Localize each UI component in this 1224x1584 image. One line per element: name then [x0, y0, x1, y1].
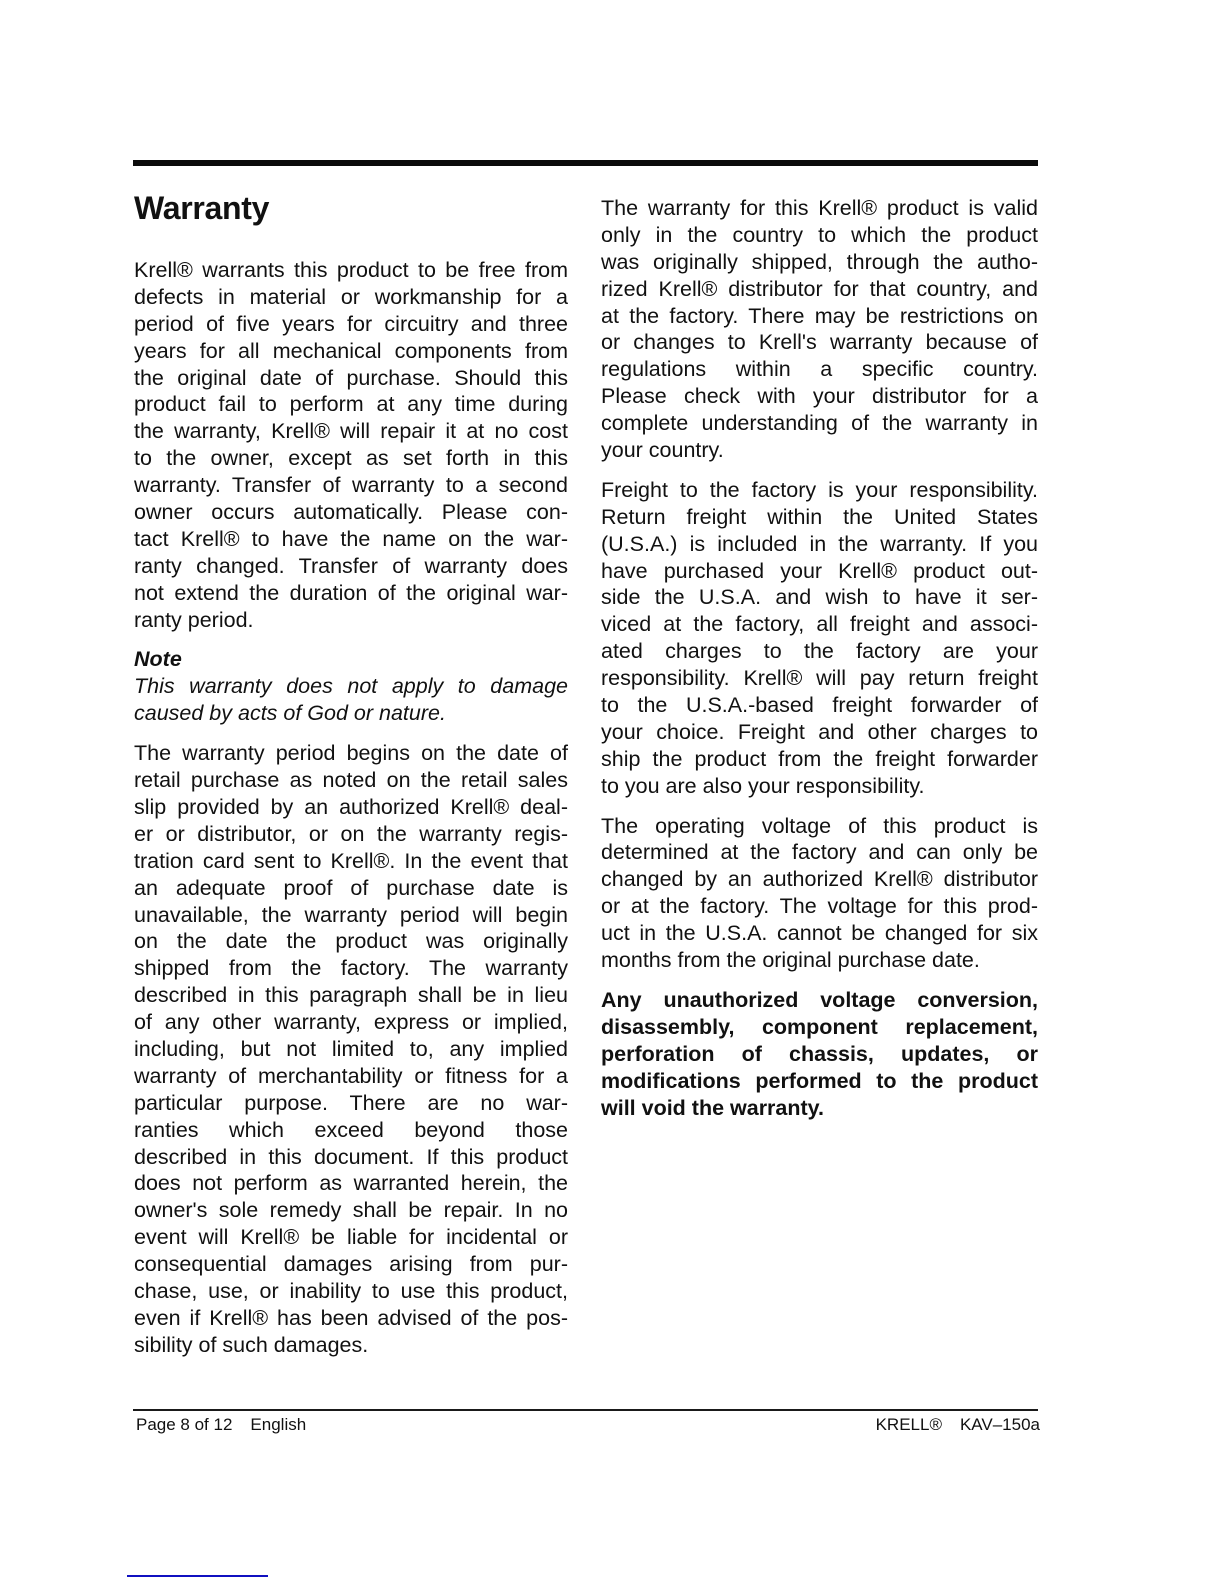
language-label: English: [250, 1415, 306, 1434]
text-line: unavailable, the warranty period will be…: [134, 902, 568, 929]
text-line: This warranty does not apply to damage: [134, 673, 568, 700]
text-line: modifications performed to the product: [601, 1068, 1038, 1095]
text-line: have purchased your Krell® product out-: [601, 558, 1038, 585]
text-line: tration card sent to Krell®. In the even…: [134, 848, 568, 875]
text-line: viced at the factory, all freight and as…: [601, 611, 1038, 638]
text-line: warranty. Transfer of warranty to a seco…: [134, 472, 568, 499]
text-line: consequential damages arising from pur-: [134, 1251, 568, 1278]
note-heading: Note: [134, 646, 568, 673]
operating-voltage-paragraph: The operating voltage of this product is…: [601, 813, 1038, 974]
page-title: Warranty: [134, 190, 269, 227]
text-line: the original date of purchase. Should th…: [134, 365, 568, 392]
freight-paragraph: Freight to the factory is your responsib…: [601, 477, 1038, 800]
text-line: Return freight within the United States: [601, 504, 1038, 531]
text-line: uct in the U.S.A. cannot be changed for …: [601, 920, 1038, 947]
text-line: disassembly, component replacement,: [601, 1014, 1038, 1041]
left-column: Krell® warrants this product to be free …: [134, 257, 568, 1372]
text-line: described in this paragraph shall be in …: [134, 982, 568, 1009]
text-line: defects in material or workmanship for a: [134, 284, 568, 311]
text-line: ranty changed. Transfer of warranty does: [134, 553, 568, 580]
void-warranty-notice: Any unauthorized voltage conversion,disa…: [601, 987, 1038, 1121]
text-line: was originally shipped, through the auth…: [601, 249, 1038, 276]
text-line: at the factory. There may be restriction…: [601, 303, 1038, 330]
text-line: event will Krell® be liable for incident…: [134, 1224, 568, 1251]
text-line: product fail to perform at any time duri…: [134, 391, 568, 418]
text-line: determined at the factory and can only b…: [601, 839, 1038, 866]
brand-name: KRELL®: [876, 1415, 942, 1434]
text-line: Please check with your distributor for a: [601, 383, 1038, 410]
text-line: period of five years for circuitry and t…: [134, 311, 568, 338]
page-number: Page 8 of 12: [136, 1415, 232, 1434]
footer-rule: [133, 1409, 1038, 1411]
country-validity-paragraph: The warranty for this Krell® product is …: [601, 195, 1038, 464]
text-line: caused by acts of God or nature.: [134, 700, 568, 727]
text-line: will void the warranty.: [601, 1095, 1038, 1122]
scan-artifact-line: [127, 1575, 268, 1577]
text-line: The warranty period begins on the date o…: [134, 740, 568, 767]
text-line: years for all mechanical components from: [134, 338, 568, 365]
text-line: ranty period.: [134, 607, 568, 634]
footer-left: Page 8 of 12English: [136, 1415, 306, 1435]
text-line: on the date the product was originally: [134, 928, 568, 955]
text-line: er or distributor, or on the warranty re…: [134, 821, 568, 848]
top-rule: [133, 160, 1038, 166]
note-body: This warranty does not apply to damageca…: [134, 673, 568, 727]
text-line: does not perform as warranted herein, th…: [134, 1170, 568, 1197]
text-line: months from the original purchase date.: [601, 947, 1038, 974]
text-line: tact Krell® to have the name on the war-: [134, 526, 568, 553]
text-line: of any other warranty, express or implie…: [134, 1009, 568, 1036]
text-line: ship the product from the freight forwar…: [601, 746, 1038, 773]
text-line: owner occurs automatically. Please con-: [134, 499, 568, 526]
text-line: described in this document. If this prod…: [134, 1144, 568, 1171]
text-line: Freight to the factory is your responsib…: [601, 477, 1038, 504]
text-line: complete understanding of the warranty i…: [601, 410, 1038, 437]
text-line: to the U.S.A.-based freight forwarder of: [601, 692, 1038, 719]
text-line: your country.: [601, 437, 1038, 464]
text-line: not extend the duration of the original …: [134, 580, 568, 607]
text-line: particular purpose. There are no war-: [134, 1090, 568, 1117]
text-line: regulations within a specific country.: [601, 356, 1038, 383]
text-line: changed by an authorized Krell® distribu…: [601, 866, 1038, 893]
text-line: to you are also your responsibility.: [601, 773, 1038, 800]
text-line: ranties which exceed beyond those: [134, 1117, 568, 1144]
right-column: The warranty for this Krell® product is …: [601, 195, 1038, 1134]
text-line: or changes to Krell's warranty because o…: [601, 329, 1038, 356]
text-line: perforation of chassis, updates, or: [601, 1041, 1038, 1068]
text-line: your choice. Freight and other charges t…: [601, 719, 1038, 746]
text-line: the warranty, Krell® will repair it at n…: [134, 418, 568, 445]
text-line: slip provided by an authorized Krell® de…: [134, 794, 568, 821]
text-line: ated charges to the factory are your: [601, 638, 1038, 665]
text-line: owner's sole remedy shall be repair. In …: [134, 1197, 568, 1224]
text-line: retail purchase as noted on the retail s…: [134, 767, 568, 794]
text-line: even if Krell® has been advised of the p…: [134, 1305, 568, 1332]
text-line: The warranty for this Krell® product is …: [601, 195, 1038, 222]
text-line: an adequate proof of purchase date is: [134, 875, 568, 902]
model-number: KAV–150a: [960, 1415, 1040, 1434]
text-line: only in the country to which the product: [601, 222, 1038, 249]
text-line: (U.S.A.) is included in the warranty. If…: [601, 531, 1038, 558]
text-line: sibility of such damages.: [134, 1332, 568, 1359]
footer-right: KRELL®KAV–150a: [876, 1415, 1040, 1435]
text-line: side the U.S.A. and wish to have it ser-: [601, 584, 1038, 611]
text-line: shipped from the factory. The warranty: [134, 955, 568, 982]
text-line: The operating voltage of this product is: [601, 813, 1038, 840]
warranty-period-paragraph: The warranty period begins on the date o…: [134, 740, 568, 1358]
text-line: Any unauthorized voltage conversion,: [601, 987, 1038, 1014]
text-line: including, but not limited to, any impli…: [134, 1036, 568, 1063]
text-line: rized Krell® distributor for that countr…: [601, 276, 1038, 303]
text-line: Krell® warrants this product to be free …: [134, 257, 568, 284]
text-line: warranty of merchantability or fitness f…: [134, 1063, 568, 1090]
note-block: Note This warranty does not apply to dam…: [134, 646, 568, 727]
warranty-terms-paragraph: Krell® warrants this product to be free …: [134, 257, 568, 633]
text-line: to the owner, except as set forth in thi…: [134, 445, 568, 472]
text-line: responsibility. Krell® will pay return f…: [601, 665, 1038, 692]
text-line: or at the factory. The voltage for this …: [601, 893, 1038, 920]
text-line: chase, use, or inability to use this pro…: [134, 1278, 568, 1305]
